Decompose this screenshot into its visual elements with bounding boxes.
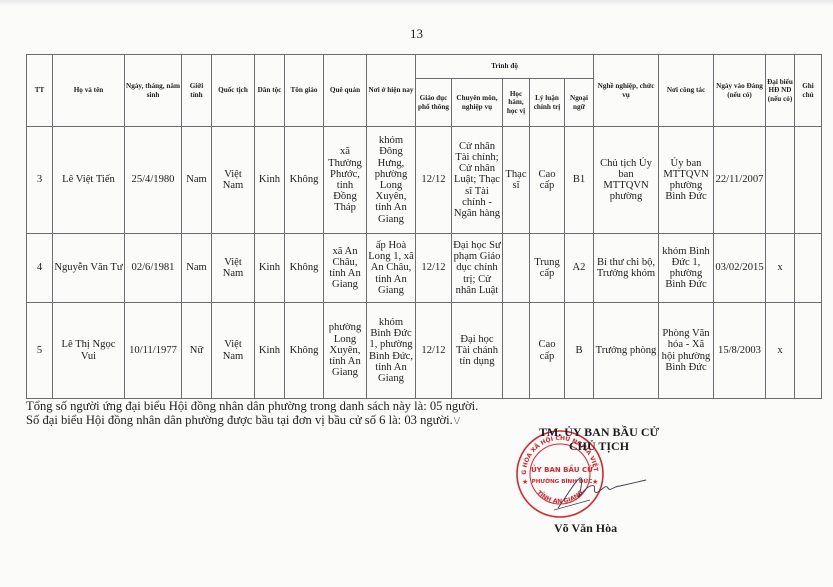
cell-council-delegate: x: [766, 303, 795, 399]
cell-occupation: Chủ tịch Ủy ban MTTQVN phường: [594, 127, 659, 234]
cell-foreign-language: B: [565, 303, 594, 399]
cell-occupation: Bí thư chi bộ, Trưởng khóm: [594, 234, 659, 303]
cell-name: Lê Thị Ngọc Vui: [53, 303, 125, 399]
cell-gender: Nam: [182, 127, 212, 234]
header-political-theory: Lý luận chính trị: [530, 79, 565, 127]
cell-religion: Không: [285, 127, 324, 234]
cell-residence: khóm Bình Đức 1, phường Bình Đức, tỉnh A…: [367, 303, 416, 399]
summary-total-candidates: Tổng số người ứng đại biểu Hội đồng nhân…: [26, 400, 478, 414]
header-religion: Tôn giáo: [285, 55, 324, 127]
signature-block: CỘNG HÒA XÃ HỘI CHỦ NGHĨA VIỆT NAM TỈNH …: [510, 424, 660, 544]
cell-gender: Nữ: [182, 303, 212, 399]
cell-name: Lê Việt Tiến: [53, 127, 125, 234]
cell-hometown: xã An Châu, tỉnh An Giang: [324, 234, 367, 303]
signature-title: TM. ỦY BAN BẦU CỬ CHỦ TỊCH: [534, 425, 664, 453]
cell-notes: [795, 127, 822, 234]
cell-workplace: Phòng Văn hóa - Xã hội phường Bình Đức: [659, 303, 714, 399]
cell-foreign-language: A2: [565, 234, 594, 303]
svg-text:★: ★: [522, 478, 528, 486]
header-residence: Nơi ở hiện nay: [367, 55, 416, 127]
header-council-delegate: Đại biểu HĐ ND (nếu có): [766, 55, 795, 127]
cell-political-theory: Cao cấp: [530, 127, 565, 234]
cell-specialization: Đại học Sư phạm Giáo dục chính trị; Cử n…: [452, 234, 503, 303]
header-tt: TT: [27, 55, 53, 127]
cell-religion: Không: [285, 303, 324, 399]
cell-party-date: 15/8/2003: [714, 303, 766, 399]
cell-residence: ấp Hoà Long 1, xã An Châu, tỉnh An Giang: [367, 234, 416, 303]
header-workplace: Nơi công tác: [659, 55, 714, 127]
header-row: TT Họ và tên Ngày, tháng, năm sinh Giới …: [27, 55, 822, 79]
cell-specialization: Cử nhân Tài chính; Cử nhân Luật; Thạc sĩ…: [452, 127, 503, 234]
cell-hometown: phường Long Xuyên, tỉnh An Giang: [324, 303, 367, 399]
cell-residence: khóm Đông Hưng, phường Long Xuyên, tỉnh …: [367, 127, 416, 234]
cell-hometown: xã Thường Phước, tỉnh Đồng Tháp: [324, 127, 367, 234]
cell-tt: 3: [27, 127, 53, 234]
candidate-table: TT Họ và tên Ngày, tháng, năm sinh Giới …: [26, 54, 822, 399]
cell-notes: [795, 234, 822, 303]
header-ethnicity: Dân tộc: [255, 55, 285, 127]
header-hometown: Quê quán: [324, 55, 367, 127]
cell-dob: 25/4/1980: [125, 127, 182, 234]
cell-specialization: Đại học Tài chánh tín dụng: [452, 303, 503, 399]
header-party-date: Ngày vào Đảng (nếu có): [714, 55, 766, 127]
summary-seats-line: Số đại biểu Hội đồng nhân dân phường đượ…: [26, 414, 478, 429]
cell-gender: Nam: [182, 234, 212, 303]
cell-party-date: 03/02/2015: [714, 234, 766, 303]
cell-tt: 5: [27, 303, 53, 399]
cell-general-education: 12/12: [416, 127, 452, 234]
cell-notes: [795, 303, 822, 399]
cell-name: Nguyễn Văn Tư: [53, 234, 125, 303]
page-number: 13: [0, 26, 833, 42]
cell-council-delegate: [766, 127, 795, 234]
header-foreign-language: Ngoại ngữ: [565, 79, 594, 127]
cell-party-date: 22/11/2007: [714, 127, 766, 234]
table-row: 4 Nguyễn Văn Tư 02/6/1981 Nam Việt Nam K…: [27, 234, 822, 303]
header-name: Họ và tên: [53, 55, 125, 127]
cell-political-theory: Cao cấp: [530, 303, 565, 399]
cell-dob: 02/6/1981: [125, 234, 182, 303]
header-education-group: Trình độ: [416, 55, 594, 79]
header-specialization: Chuyên môn, nghiệp vụ: [452, 79, 503, 127]
table-row: 5 Lê Thị Ngọc Vui 10/11/1977 Nữ Việt Nam…: [27, 303, 822, 399]
cell-academic-title: [503, 303, 530, 399]
header-academic-title: Học hàm, học vị: [503, 79, 530, 127]
signature-title-line1: TM. ỦY BAN BẦU CỬ: [534, 425, 664, 439]
cell-occupation: Trưởng phòng: [594, 303, 659, 399]
cell-academic-title: [503, 234, 530, 303]
signature-title-line2: CHỦ TỊCH: [534, 439, 664, 453]
cell-foreign-language: B1: [565, 127, 594, 234]
header-nationality: Quốc tịch: [212, 55, 255, 127]
cell-academic-title: Thạc sĩ: [503, 127, 530, 234]
cell-council-delegate: x: [766, 234, 795, 303]
cell-workplace: khóm Bình Đức 1, phường Bình Đức: [659, 234, 714, 303]
header-notes: Ghi chú: [795, 55, 822, 127]
cell-tt: 4: [27, 234, 53, 303]
cell-general-education: 12/12: [416, 234, 452, 303]
summary-seats: Số đại biểu Hội đồng nhân dân phường đượ…: [26, 413, 453, 427]
cell-religion: Không: [285, 234, 324, 303]
check-mark-icon: \/: [454, 415, 460, 427]
cell-ethnicity: Kinh: [255, 127, 285, 234]
cell-general-education: 12/12: [416, 303, 452, 399]
cell-nationality: Việt Nam: [212, 303, 255, 399]
scan-edge: [0, 0, 833, 6]
table-row: 3 Lê Việt Tiến 25/4/1980 Nam Việt Nam Ki…: [27, 127, 822, 234]
cell-ethnicity: Kinh: [255, 234, 285, 303]
signer-name: Võ Văn Hòa: [554, 521, 617, 536]
header-general-education: Giáo dục phổ thông: [416, 79, 452, 127]
header-dob: Ngày, tháng, năm sinh: [125, 55, 182, 127]
header-gender: Giới tính: [182, 55, 212, 127]
cell-workplace: Ủy ban MTTQVN phường Bình Đức: [659, 127, 714, 234]
header-occupation: Nghề nghiệp, chức vụ: [594, 55, 659, 127]
cell-nationality: Việt Nam: [212, 234, 255, 303]
cell-political-theory: Trung cấp: [530, 234, 565, 303]
cell-ethnicity: Kinh: [255, 303, 285, 399]
cell-nationality: Việt Nam: [212, 127, 255, 234]
handwritten-signature-icon: [550, 464, 650, 514]
summary: Tổng số người ứng đại biểu Hội đồng nhân…: [26, 400, 478, 428]
cell-dob: 10/11/1977: [125, 303, 182, 399]
